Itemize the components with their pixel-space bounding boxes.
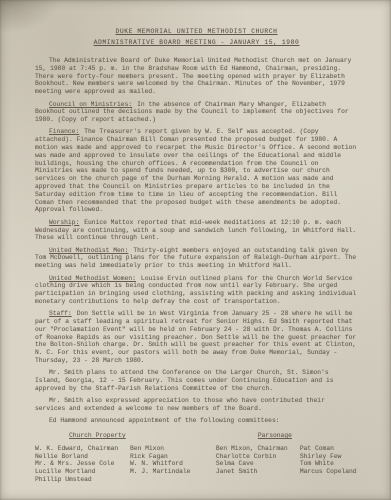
paragraph-united-methodist-men: United Methodist Men:Thirty-eight member… bbox=[35, 247, 358, 270]
meeting-title: ADMINISTRATIVE BOARD MEETING - JANUARY 1… bbox=[35, 39, 358, 47]
section-heading: Council on Ministries: bbox=[49, 101, 132, 108]
committee-member: Phillip Umstead bbox=[35, 476, 130, 484]
scanned-minutes-page: DUKE MEMORIAL UNITED METHODIST CHURCH AD… bbox=[0, 0, 391, 500]
paragraph-council-on-ministries: Council on Ministries:In the absence of … bbox=[35, 101, 358, 124]
paragraph-text: Mr. Smith also expressed appreciation to… bbox=[35, 397, 325, 412]
paragraph-appreciation: Mr. Smith also expressed appreciation to… bbox=[35, 397, 358, 413]
paragraph-text: The Administrative Board of Duke Memoria… bbox=[35, 57, 351, 95]
church-name-title: DUKE MEMORIAL UNITED METHODIST CHURCH bbox=[35, 28, 358, 36]
document-header: DUKE MEMORIAL UNITED METHODIST CHURCH AD… bbox=[35, 28, 358, 47]
paragraph-conference: Mr. Smith plans to attend the Conference… bbox=[35, 369, 358, 392]
paragraph-finance: Finance:The Treasurer's report given by … bbox=[35, 128, 358, 214]
paragraph-text: The Treasurer's report given by W. E. Se… bbox=[35, 128, 356, 213]
parsonage-committee: Parsonage Ben Mixon, Chairman Charlotte … bbox=[216, 432, 358, 484]
committee-member: M. J. Martindale bbox=[130, 468, 190, 476]
committee-lists: Church Property W. K. Edward, Chairman N… bbox=[35, 432, 358, 484]
committee-member: Marcus Copeland bbox=[300, 468, 357, 476]
church-property-committee: Church Property W. K. Edward, Chairman N… bbox=[35, 432, 216, 484]
church-property-title: Church Property bbox=[69, 432, 216, 440]
section-heading: United Methodist Men: bbox=[49, 247, 128, 254]
committee-member: Pat Coman bbox=[300, 445, 357, 453]
parsonage-column-1: Ben Mixon, Chairman Charlotte Corbin Sel… bbox=[216, 445, 300, 476]
section-heading: Staff: bbox=[49, 310, 72, 317]
paragraph-text: Don Settle will be in West Virginia from… bbox=[35, 310, 356, 364]
committee-member: Janet Smith bbox=[216, 468, 300, 476]
paragraph-committee-announcement: Ed Hammond announced appointment of the … bbox=[35, 417, 358, 425]
paragraph-opening: The Administrative Board of Duke Memoria… bbox=[35, 57, 358, 96]
paragraph-text: Mr. Smith plans to attend the Conference… bbox=[35, 369, 334, 392]
church-property-column-2: Ben Mixon Rick Fagan W. N. Whitford M. J… bbox=[130, 445, 190, 484]
committee-member: W. K. Edward, Chairman bbox=[35, 445, 130, 453]
committee-member: Lucille Mortland bbox=[35, 468, 130, 476]
paragraph-text: Ed Hammond announced appointment of the … bbox=[49, 417, 280, 424]
section-heading: Finance: bbox=[49, 128, 79, 135]
section-heading: Worship: bbox=[49, 219, 79, 226]
paragraph-united-methodist-women: United Methodist Women:Louise Ervin outl… bbox=[35, 275, 358, 306]
paragraph-staff: Staff:Don Settle will be in West Virgini… bbox=[35, 310, 358, 365]
section-heading: United Methodist Women: bbox=[49, 275, 136, 282]
parsonage-column-2: Pat Coman Shirley Few Tom White Marcus C… bbox=[300, 445, 357, 476]
paragraph-text: Eunice Mattox reported that mid-week med… bbox=[35, 219, 356, 242]
committee-member: Ben Mixon, Chairman bbox=[216, 445, 300, 453]
church-property-column-1: W. K. Edward, Chairman Nellie Borland Mr… bbox=[35, 445, 130, 484]
parsonage-title: Parsonage bbox=[258, 432, 358, 440]
committee-member: Ben Mixon bbox=[130, 445, 190, 453]
paragraph-worship: Worship:Eunice Mattox reported that mid-… bbox=[35, 219, 358, 242]
